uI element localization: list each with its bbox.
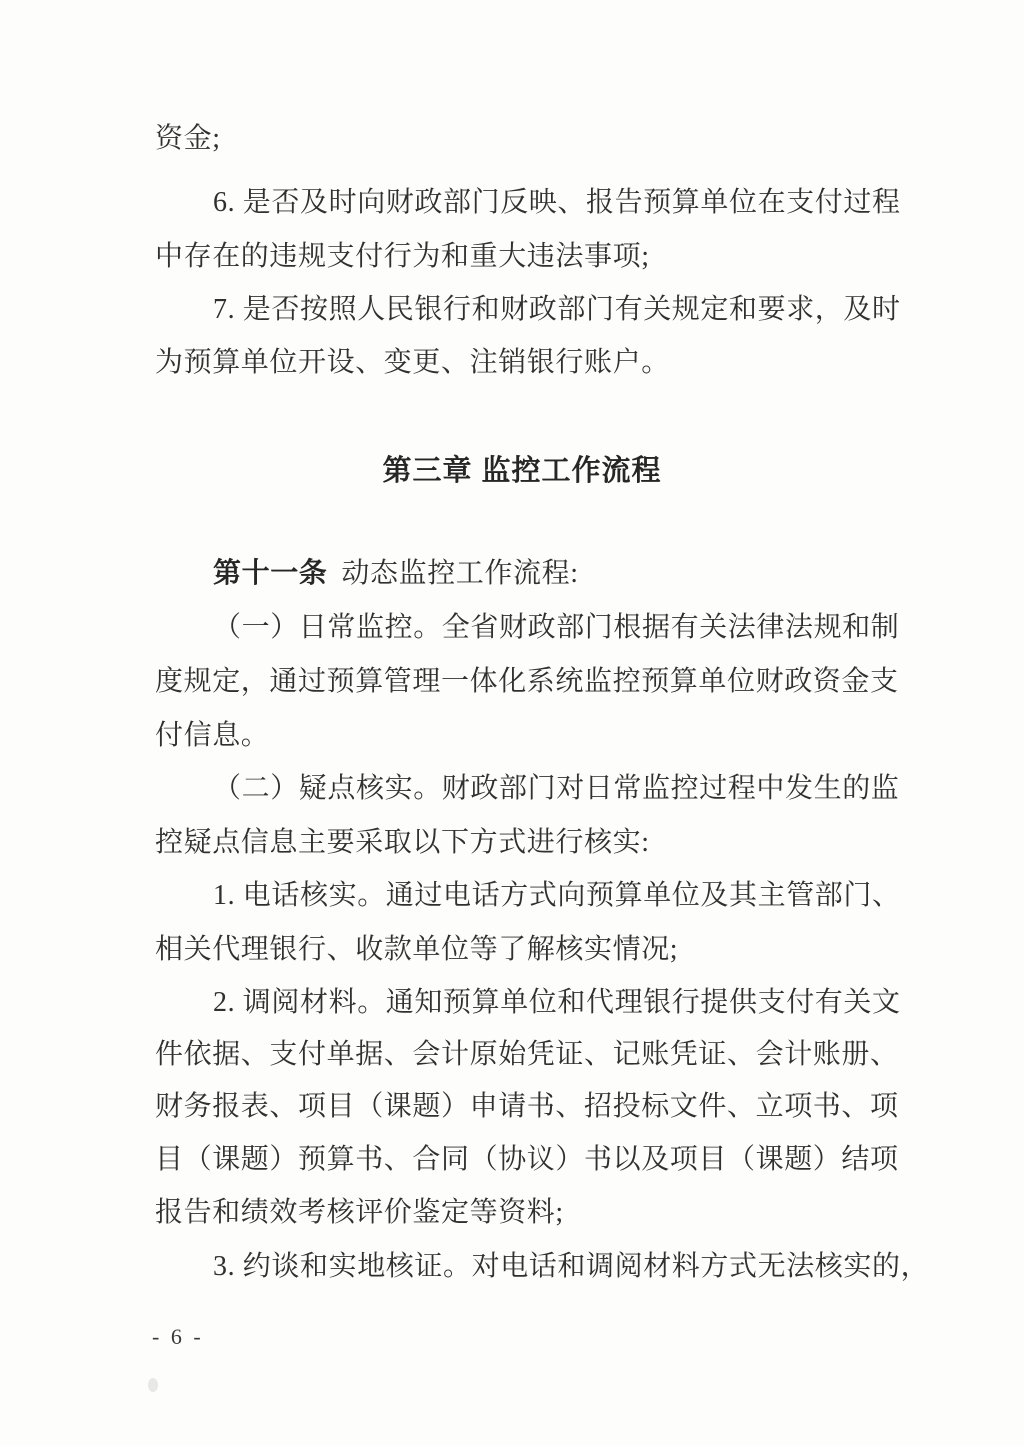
body-line: 件依据、支付单据、会计原始凭证、记账凭证、会计账册、	[155, 1038, 889, 1072]
scan-smudge	[148, 1378, 158, 1392]
body-line: （二）疑点核实。财政部门对日常监控过程中发生的监	[155, 772, 947, 806]
body-line: 2. 调阅材料。通知预算单位和代理银行提供支付有关文	[155, 986, 947, 1020]
body-line: 3. 约谈和实地核证。对电话和调阅材料方式无法核实的，	[155, 1250, 947, 1284]
body-line: 6. 是否及时向财政部门反映、报告预算单位在支付过程	[155, 186, 947, 220]
article-title: 动态监控工作流程:	[327, 558, 578, 589]
page-number: - 6 -	[152, 1324, 204, 1350]
body-line: 相关代理银行、收款单位等了解核实情况;	[155, 933, 889, 967]
document-page: 资金; 6. 是否及时向财政部门反映、报告预算单位在支付过程 中存在的违规支付行…	[0, 0, 1024, 1446]
article-line: 第十一条动态监控工作流程:	[155, 556, 947, 591]
body-line: 1. 电话核实。通过电话方式向预算单位及其主管部门、	[155, 879, 947, 913]
body-line: 目（课题）预算书、合同（协议）书以及项目（课题）结项	[155, 1143, 889, 1177]
body-line: 报告和绩效考核评价鉴定等资料;	[155, 1196, 889, 1230]
body-line: 控疑点信息主要采取以下方式进行核实:	[155, 826, 889, 860]
body-line: 度规定，通过预算管理一体化系统监控预算单位财政资金支	[155, 665, 889, 699]
article-number: 第十一条	[213, 557, 327, 588]
body-line: 付信息。	[155, 719, 889, 753]
chapter-heading: 第三章 监控工作流程	[155, 448, 889, 489]
body-line: 财务报表、项目（课题）申请书、招投标文件、立项书、项	[155, 1090, 889, 1124]
body-line: 中存在的违规支付行为和重大违法事项;	[155, 240, 889, 274]
body-line: 7. 是否按照人民银行和财政部门有关规定和要求，及时	[155, 293, 947, 327]
body-line: 资金;	[155, 122, 889, 156]
body-line: 为预算单位开设、变更、注销银行账户。	[155, 346, 889, 380]
body-line: （一）日常监控。全省财政部门根据有关法律法规和制	[155, 611, 947, 645]
